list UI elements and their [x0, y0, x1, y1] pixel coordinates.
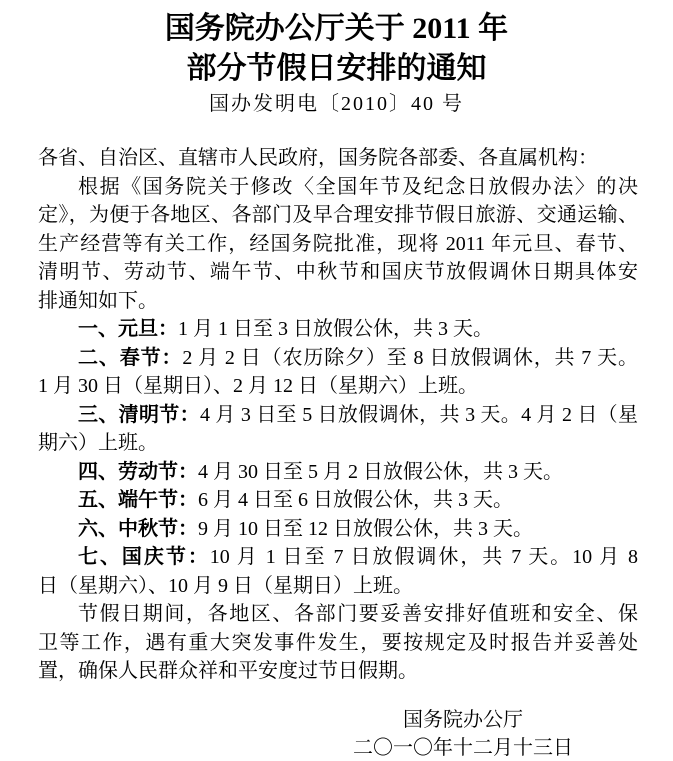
- line-text: 日（星期六）、10 月 9 日（星期日）上班。: [38, 575, 413, 597]
- line-text: 卫等工作，遇有重大突发事件发生，要按规定及时报告并妥善处: [38, 632, 638, 654]
- line-text: 清明节、劳动节、端午节、中秋节和国庆节放假调休日期具体安: [38, 261, 638, 283]
- page-title-line2: 部分节假日安排的通知: [0, 49, 673, 89]
- item-heading: 二、春节：: [78, 347, 182, 369]
- signature-date: 二〇一〇年十二月十三日: [353, 734, 573, 761]
- document-number: 国办发明电〔2010〕40 号: [0, 92, 673, 116]
- body-line: 生产经营等有关工作，经国务院批准，现将 2011 年元旦、春节、: [38, 230, 638, 259]
- body-line: 日（星期六）、10 月 9 日（星期日）上班。: [38, 572, 638, 601]
- line-text: 10 月 1 日至 7 日放假调休，共 7 天。10 月 8: [210, 546, 638, 568]
- line-text: 4 月 30 日至 5 月 2 日放假公休，共 3 天。: [198, 461, 563, 483]
- signature-block: 国务院办公厅 二〇一〇年十二月十三日: [0, 706, 673, 761]
- item-heading: 一、元旦：: [78, 318, 178, 340]
- line-text: 排通知如下。: [38, 290, 158, 312]
- line-text: 生产经营等有关工作，经国务院批准，现将 2011 年元旦、春节、: [38, 233, 638, 255]
- page-title-line1: 国务院办公厅关于 2011 年: [0, 9, 673, 49]
- line-text: 6 月 4 日至 6 日放假公休，共 3 天。: [198, 489, 513, 511]
- body-line: 四、劳动节：4 月 30 日至 5 月 2 日放假公休，共 3 天。: [38, 458, 638, 487]
- item-heading: 四、劳动节：: [78, 461, 198, 483]
- item-heading: 三、清明节：: [78, 404, 200, 426]
- body-line: 根据《国务院关于修改〈全国年节及纪念日放假办法〉的决: [38, 173, 638, 202]
- body-line: 期六）上班。: [38, 429, 638, 458]
- line-text: 1 月 1 日至 3 日放假公休，共 3 天。: [178, 318, 493, 340]
- signature-org: 国务院办公厅: [353, 706, 573, 734]
- line-text: 置，确保人民群众祥和平安度过节日假期。: [38, 660, 418, 682]
- document-header: 国务院办公厅关于 2011 年 部分节假日安排的通知 国办发明电〔2010〕40…: [0, 0, 673, 116]
- item-heading: 七、国庆节：: [78, 546, 210, 568]
- body-line: 五、端午节：6 月 4 日至 6 日放假公休，共 3 天。: [38, 486, 638, 515]
- body-line: 一、元旦：1 月 1 日至 3 日放假公休，共 3 天。: [38, 315, 638, 344]
- body-line: 定》，为便于各地区、各部门及早合理安排节假日旅游、交通运输、: [38, 201, 638, 230]
- line-text: 9 月 10 日至 12 日放假公休，共 3 天。: [198, 518, 533, 540]
- document-page: 国务院办公厅关于 2011 年 部分节假日安排的通知 国办发明电〔2010〕40…: [0, 0, 673, 761]
- body-line: 1 月 30 日（星期日）、2 月 12 日（星期六）上班。: [38, 372, 638, 401]
- line-text: 2 月 2 日（农历除夕）至 8 日放假调休，共 7 天。: [182, 347, 638, 369]
- body-line: 置，确保人民群众祥和平安度过节日假期。: [38, 657, 638, 686]
- line-text: 1 月 30 日（星期日）、2 月 12 日（星期六）上班。: [38, 375, 478, 397]
- line-text: 各省、自治区、直辖市人民政府，国务院各部委、各直属机构：: [38, 147, 598, 169]
- body-line: 卫等工作，遇有重大突发事件发生，要按规定及时报告并妥善处: [38, 629, 638, 658]
- body-line: 各省、自治区、直辖市人民政府，国务院各部委、各直属机构：: [38, 144, 638, 173]
- line-text: 节假日期间，各地区、各部门要妥善安排好值班和安全、保: [78, 603, 638, 625]
- line-text: 根据《国务院关于修改〈全国年节及纪念日放假办法〉的决: [78, 176, 638, 198]
- document-body: 各省、自治区、直辖市人民政府，国务院各部委、各直属机构：根据《国务院关于修改〈全…: [38, 144, 638, 686]
- line-text: 4 月 3 日至 5 日放假调休，共 3 天。4 月 2 日（星: [200, 404, 638, 426]
- body-line: 排通知如下。: [38, 287, 638, 316]
- body-line: 六、中秋节：9 月 10 日至 12 日放假公休，共 3 天。: [38, 515, 638, 544]
- line-text: 定》，为便于各地区、各部门及早合理安排节假日旅游、交通运输、: [38, 204, 638, 226]
- body-line: 清明节、劳动节、端午节、中秋节和国庆节放假调休日期具体安: [38, 258, 638, 287]
- line-text: 期六）上班。: [38, 432, 158, 454]
- item-heading: 五、端午节：: [78, 489, 198, 511]
- body-line: 节假日期间，各地区、各部门要妥善安排好值班和安全、保: [38, 600, 638, 629]
- body-line: 二、春节：2 月 2 日（农历除夕）至 8 日放假调休，共 7 天。: [38, 344, 638, 373]
- body-line: 三、清明节：4 月 3 日至 5 日放假调休，共 3 天。4 月 2 日（星: [38, 401, 638, 430]
- body-line: 七、国庆节：10 月 1 日至 7 日放假调休，共 7 天。10 月 8: [38, 543, 638, 572]
- item-heading: 六、中秋节：: [78, 518, 198, 540]
